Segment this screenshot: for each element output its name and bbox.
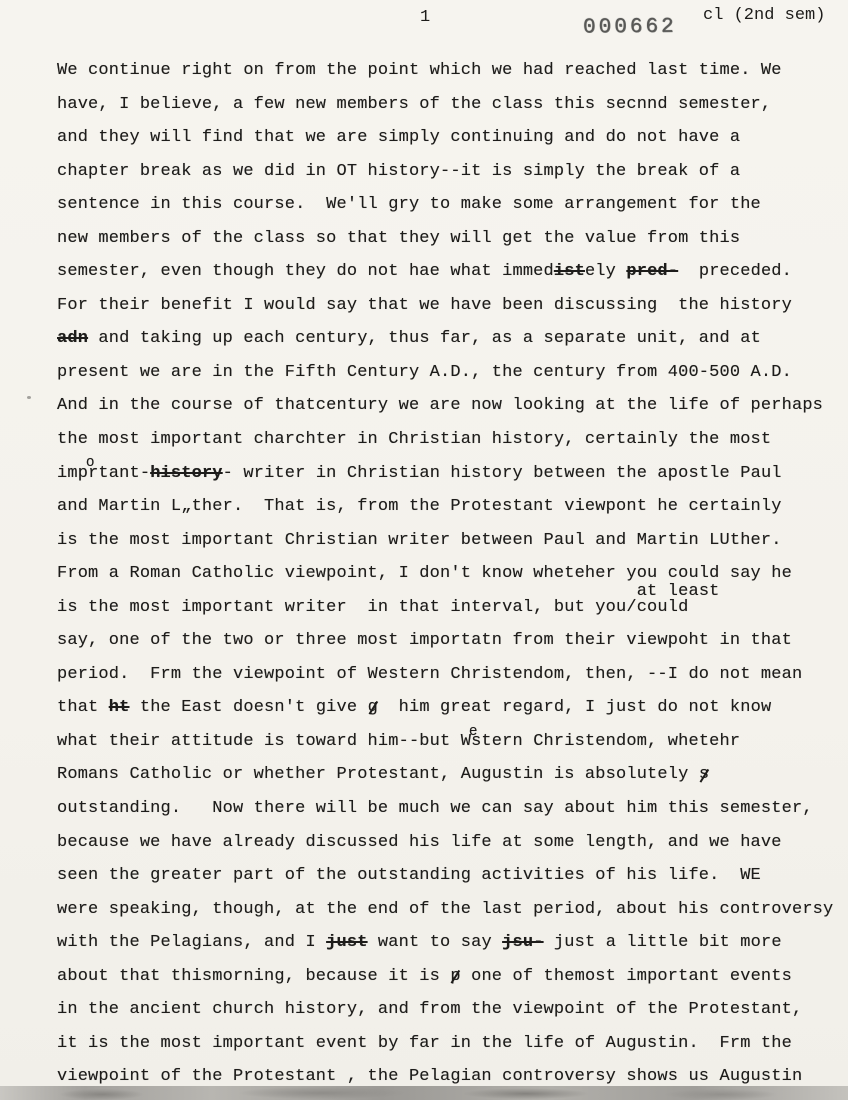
text-line: adn and taking up each century, thus far… [57,322,840,356]
text-line: the most important charchter in Christia… [57,423,840,457]
text-line: it is the most important event by far in… [57,1027,840,1061]
text-line: important-history- writer in Christian h… [57,457,840,491]
course-label: cl (2nd sem) [703,6,825,25]
page-number: 1 [420,8,430,27]
text-line: From a Roman Catholic viewpoint, I don't… [57,557,840,591]
text-line: new members of the class so that they wi… [57,222,840,256]
text-line: with the Pelagians, and I just want to s… [57,926,840,960]
scan-edge-artifact [0,1086,848,1100]
text-line: seen the greater part of the outstanding… [57,859,840,893]
document-body: We continue right on from the point whic… [57,54,840,1094]
text-line: chapter break as we did in OT history--i… [57,155,840,189]
text-line: is the most important writer in that int… [57,591,840,625]
text-line: say, one of the two or three most import… [57,624,840,658]
text-line: Romans Catholic or whether Protestant, A… [57,758,840,792]
text-line: sentence in this course. We'll gry to ma… [57,188,840,222]
text-line: and Martin L„ther. That is, from the Pro… [57,490,840,524]
text-line: in the ancient church history, and from … [57,993,840,1027]
text-line: about that thismorning, because it is p … [57,960,840,994]
text-line: present we are in the Fifth Century A.D.… [57,356,840,390]
text-line: period. Frm the viewpoint of Western Chr… [57,658,840,692]
scan-speck [27,396,31,399]
text-line: semester, even though they do not hae wh… [57,255,840,289]
text-line: For their benefit I would say that we ha… [57,289,840,323]
document-page: 1 000662 cl (2nd sem) We continue right … [0,0,848,1100]
text-line: and they will find that we are simply co… [57,121,840,155]
document-stamp: 000662 [583,16,677,40]
text-line: have, I believe, a few new members of th… [57,88,840,122]
text-line: We continue right on from the point whic… [57,54,840,88]
page-header: 1 000662 cl (2nd sem) [0,0,848,56]
text-line: And in the course of thatcentury we are … [57,389,840,423]
text-line: outstanding. Now there will be much we c… [57,792,840,826]
text-line: were speaking, though, at the end of the… [57,893,840,927]
text-line: that ht the East doesn't give g him grea… [57,691,840,725]
text-line: because we have already discussed his li… [57,826,840,860]
text-line: is the most important Christian writer b… [57,524,840,558]
text-line: what their attitude is toward him--but W… [57,725,840,759]
